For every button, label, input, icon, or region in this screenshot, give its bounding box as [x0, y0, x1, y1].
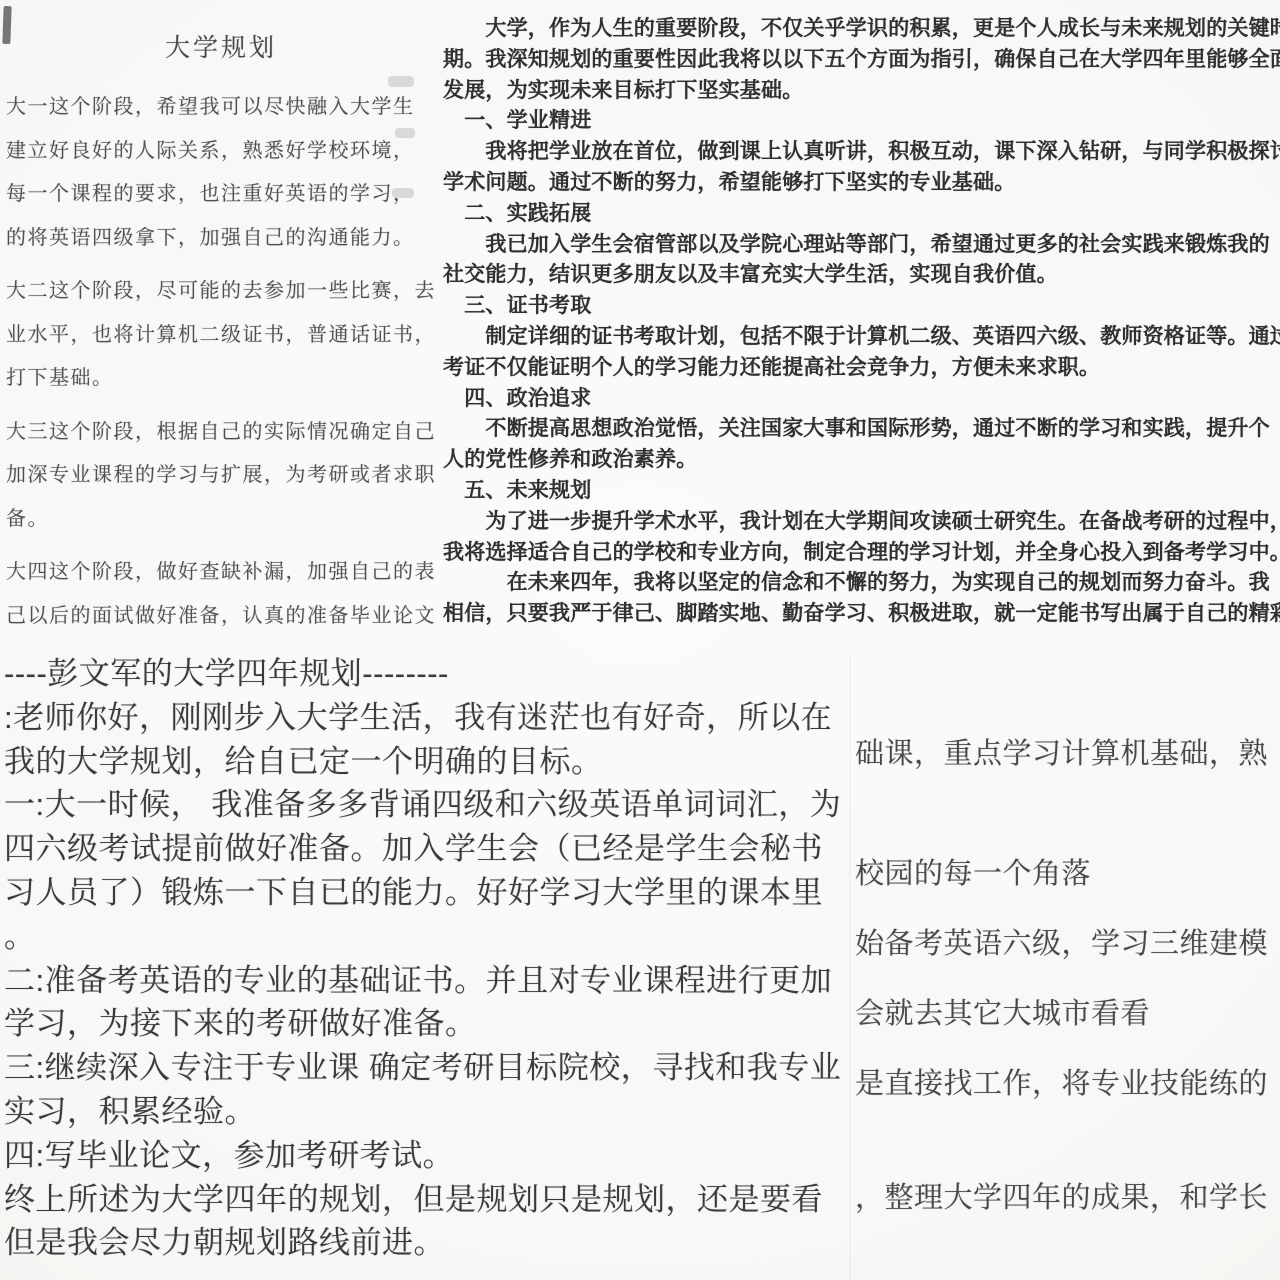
- fragment-line: 础课，重点学习计算机基础，熟: [855, 731, 1280, 772]
- fragment-line: 会就去其它大城市看看: [855, 991, 1280, 1032]
- doc-left-paragraph-senior: 大四这个阶段，做好查缺补漏，加强自己的表达能力 己以后的面试做好准备，认真的准备…: [6, 551, 436, 644]
- ink-bleed-mark: [388, 76, 414, 87]
- doc-right-column: 大学，作为人生的重要阶段，不仅关乎学识的积累，更是个人成长与未来规划的关键时 期…: [443, 14, 1280, 654]
- cut-character-sliver: [2, 6, 11, 44]
- fragment-line: 校园的每一个角落: [855, 851, 1280, 892]
- fragment-line: ，整理大学四年的成果，和学长: [855, 1175, 1280, 1216]
- doc-left-title: 大学规划: [6, 28, 436, 64]
- doc-bottom-right-fragments: 础课，重点学习计算机基础，熟 校园的每一个角落 始备考英语六级，学习三维建模 会…: [855, 652, 1280, 1280]
- doc-left-paragraph-sophomore: 大二这个阶段，尽可能的去参加一些比赛，去提升自 业水平，也将计算机二级证书，普通…: [6, 270, 436, 401]
- photo-seam-divider: [849, 655, 851, 1280]
- doc-bottom-left-block: ----彭文军的大学四年规划-------- :老师你好，刚刚步入大学生活，我有…: [4, 652, 856, 1280]
- ink-bleed-mark: [392, 188, 414, 198]
- doc-left-paragraph-junior: 大三这个阶段，根据自己的实际情况确定自己是否考 加深专业课程的学习与扩展，为考研…: [6, 411, 436, 542]
- ink-bleed-mark: [395, 128, 415, 138]
- doc-left-paragraph-freshman: 大一这个阶段，希望我可以尽快融入大学生 建立好良好的人际关系，熟悉好学校环境， …: [6, 86, 436, 260]
- fragment-line: 始备考英语六级，学习三维建模: [855, 921, 1280, 962]
- doc-left-column: 大学规划 大一这个阶段，希望我可以尽快融入大学生 建立好良好的人际关系，熟悉好学…: [6, 24, 436, 644]
- fragment-line: 是直接找工作，将专业技能练的: [855, 1061, 1280, 1102]
- document-photo: 大学规划 大一这个阶段，希望我可以尽快融入大学生 建立好良好的人际关系，熟悉好学…: [0, 0, 1280, 1280]
